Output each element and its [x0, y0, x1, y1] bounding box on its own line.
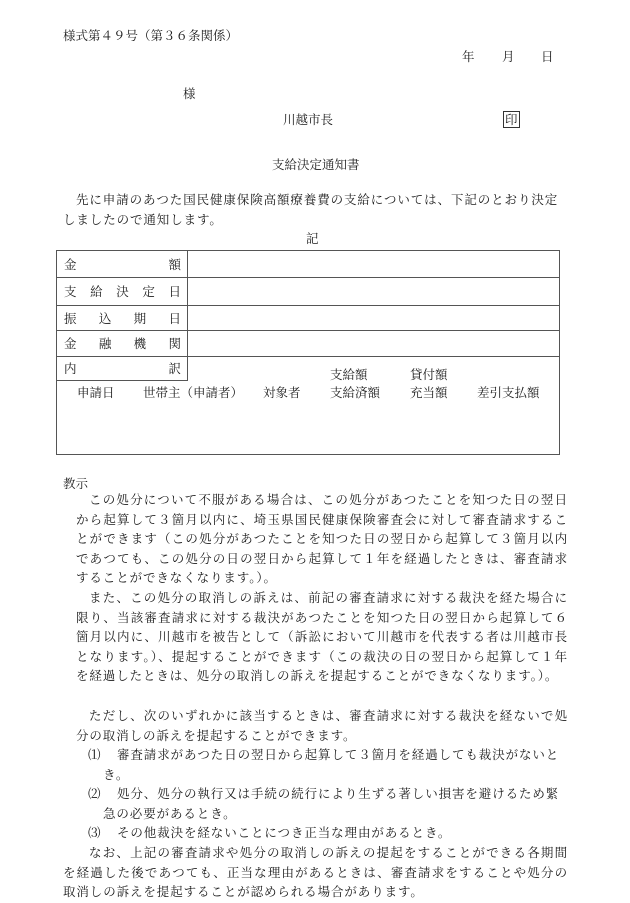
table-row-financial-institution: 金 融 機 関 — [57, 330, 559, 357]
label-char: 金 — [64, 334, 77, 352]
label-char: 期 — [134, 309, 147, 327]
date-year-label: 年 — [462, 49, 475, 65]
document-title: 支給決定通知書 — [272, 157, 360, 173]
form-number: 様式第４９号（第３６条関係） — [63, 28, 238, 44]
notice-closing: なお、上記の審査請求や処分の取消しの訴えの提起をすることができる各期間を経過した… — [63, 843, 568, 902]
notice-list-item-1: ⑴ 審査請求があつた日の翌日から起算して３箇月を経過しても裁決がないとき。 — [88, 745, 568, 784]
ki-label: 記 — [306, 231, 319, 247]
label-char: 定 — [142, 282, 155, 300]
label-char: 金 — [64, 255, 77, 273]
label-char: 日 — [168, 282, 181, 300]
intro-line-2: しましたので通知します。 — [63, 212, 223, 228]
table-row-amount: 金 額 — [57, 251, 559, 278]
label-char: 融 — [99, 334, 112, 352]
header-loan-amount: 貸付額 — [410, 367, 448, 383]
addressee-suffix: 様 — [183, 86, 196, 102]
notice-list-item-3: ⑶ その他裁決を経ないことにつき正当な理由があるとき。 — [88, 823, 568, 843]
list-text: 処分、処分の執行又は手続の続行により生ずる著しい損害を避けるため緊急の必要がある… — [88, 784, 568, 823]
table-row-decision-date: 支 給 決 定 日 — [57, 277, 559, 306]
label-char: 込 — [99, 309, 112, 327]
label-financial-institution: 金 融 機 関 — [57, 330, 188, 356]
label-amount: 金 額 — [57, 251, 188, 277]
seal-mark: 印 — [503, 111, 520, 128]
header-subject-person: 対象者 — [263, 385, 301, 401]
header-net-payment: 差引支払額 — [477, 385, 540, 401]
label-char: 振 — [64, 309, 77, 327]
issuer-name: 川越市長 — [283, 112, 333, 128]
label-char: 訳 — [168, 359, 181, 377]
list-number: ⑵ — [88, 784, 101, 804]
label-decision-date: 支 給 決 定 日 — [57, 277, 188, 305]
date-day-label: 日 — [541, 49, 554, 65]
label-char: 給 — [90, 282, 103, 300]
label-char: 額 — [168, 255, 181, 273]
label-char: 内 — [64, 359, 77, 377]
notice-paragraph-3: ただし、次のいずれかに該当するときは、審査請求に対する裁決を経ないで処分の取消し… — [76, 706, 568, 745]
header-payment-amount: 支給額 — [330, 367, 368, 383]
label-char: 決 — [116, 282, 129, 300]
list-text: 審査請求があつた日の翌日から起算して３箇月を経過しても裁決がないとき。 — [88, 745, 568, 784]
label-char: 関 — [168, 334, 181, 352]
table-row-transfer-date: 振 込 期 日 — [57, 305, 559, 331]
header-paid-amount: 支給済額 — [330, 385, 380, 401]
label-char: 日 — [168, 309, 181, 327]
list-number: ⑴ — [88, 745, 101, 765]
label-breakdown: 内 訳 — [57, 356, 188, 381]
notice-paragraph-2: また、この処分の取消しの訴えは、前記の審査請求に対する裁決を経た場合に限り、当該… — [76, 588, 568, 686]
label-transfer-date: 振 込 期 日 — [57, 305, 188, 330]
header-householder: 世帯主（申請者） — [143, 385, 243, 401]
notice-list-item-2: ⑵ 処分、処分の執行又は手続の続行により生ずる著しい損害を避けるため緊急の必要が… — [88, 784, 568, 823]
label-char: 支 — [64, 282, 77, 300]
label-char: 機 — [134, 334, 147, 352]
list-number: ⑶ — [88, 823, 101, 843]
date-month-label: 月 — [502, 49, 515, 65]
header-application-date: 申請日 — [77, 385, 115, 401]
intro-line-1: 先に申請のあつた国民健康保険高額療養費の支給については、下記のとおり決定 — [76, 192, 558, 208]
decision-table: 金 額 支 給 決 定 日 振 込 期 日 金 融 機 関 内 訳 支給額 — [56, 250, 560, 455]
notice-paragraph-1: この処分について不服がある場合は、この処分があつたことを知つた日の翌日から起算し… — [76, 490, 568, 588]
list-text: その他裁決を経ないことにつき正当な理由があるとき。 — [88, 823, 568, 843]
header-appropriated-amount: 充当額 — [410, 385, 448, 401]
